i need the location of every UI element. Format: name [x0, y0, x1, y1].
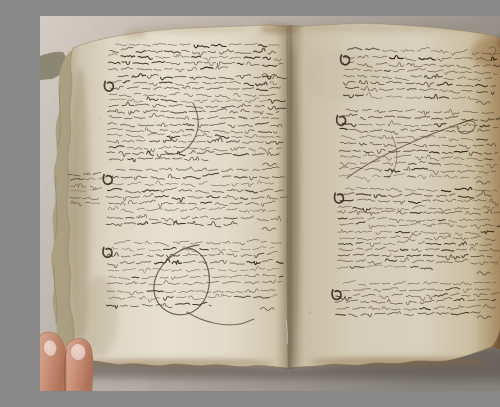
- foxing-speckle: [273, 256, 275, 258]
- foxing-speckle: [393, 292, 394, 293]
- foxing-speckle: [397, 199, 398, 200]
- foxing-speckle: [100, 118, 102, 120]
- foxing-speckle: [211, 200, 212, 201]
- foxing-speckle: [494, 322, 495, 323]
- foxing-speckle: [117, 251, 118, 252]
- stain: [285, 41, 299, 371]
- foxing-speckle: [97, 44, 98, 45]
- stain: [123, 30, 147, 38]
- foxing-speckle: [417, 259, 419, 261]
- foxing-speckle: [309, 312, 311, 314]
- foxing-speckle: [348, 155, 349, 156]
- foxing-speckle: [197, 193, 198, 194]
- foxing-speckle: [173, 249, 174, 250]
- stain: [130, 25, 250, 33]
- foxing-speckle: [287, 103, 288, 104]
- foxing-speckle: [239, 255, 241, 257]
- foxing-speckle: [261, 259, 262, 260]
- foxing-speckle: [231, 226, 233, 228]
- foxing-speckle: [309, 343, 310, 344]
- foxing-speckle: [281, 210, 282, 211]
- foxing-speckle: [164, 233, 165, 234]
- foxing-speckle: [427, 44, 428, 45]
- foxing-speckle: [116, 244, 117, 245]
- foxing-speckle: [410, 168, 412, 170]
- foxing-speckle: [90, 143, 91, 144]
- foxing-speckle: [181, 159, 183, 161]
- foxing-speckle: [422, 92, 423, 93]
- foxing-speckle: [309, 317, 310, 318]
- foxing-speckle: [390, 253, 392, 255]
- foxing-speckle: [421, 236, 422, 237]
- foxing-speckle: [336, 282, 337, 283]
- foxing-speckle: [256, 107, 258, 109]
- stain: [260, 24, 300, 34]
- foxing-speckle: [305, 144, 306, 145]
- foxing-speckle: [357, 268, 358, 269]
- manuscript-photo: An early-modern manuscript volume lying …: [40, 16, 500, 391]
- stain: [85, 359, 275, 367]
- foxing-speckle: [273, 293, 274, 294]
- stain: [295, 24, 485, 32]
- foxing-speckle: [286, 43, 287, 44]
- foxing-speckle: [90, 129, 91, 130]
- foxing-speckle: [173, 156, 174, 157]
- foxing-speckle: [392, 262, 393, 263]
- foxing-speckle: [327, 342, 328, 343]
- foxing-speckle: [316, 326, 317, 327]
- stain: [310, 357, 494, 367]
- foxing-speckle: [239, 267, 240, 268]
- foxing-speckle: [254, 88, 255, 89]
- foxing-speckle: [297, 244, 298, 245]
- foxing-speckle: [465, 83, 466, 84]
- foxing-speckle: [484, 124, 485, 125]
- foxing-speckle: [471, 348, 472, 349]
